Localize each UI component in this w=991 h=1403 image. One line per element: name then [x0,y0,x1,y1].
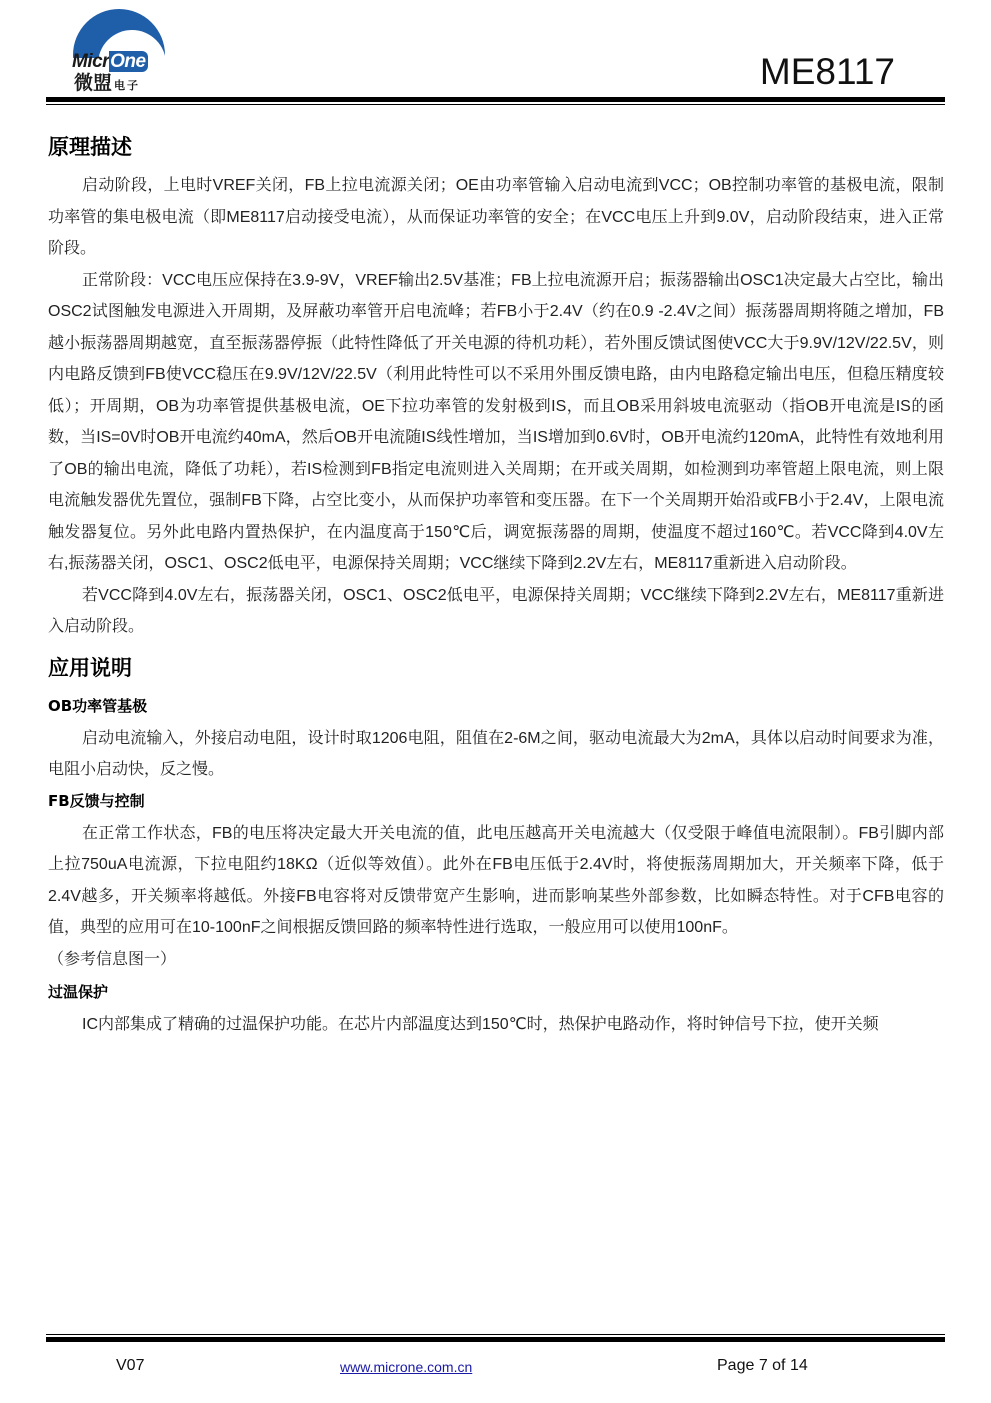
footer-rule-thick [46,1337,945,1342]
footer-page-number: Page 7 of 14 [717,1357,808,1375]
logo-brand-cn-sub: 电子 [114,79,140,92]
microne-logo: MicrOne 微盟电子 [68,8,168,94]
paragraph-fb-reference: （参考信息图一） [48,944,944,976]
subsection-title-ob: OB功率管基极 [48,691,944,721]
page-header: MicrOne 微盟电子 ME8117 [0,0,991,112]
paragraph-normal-phase: 正常阶段：VCC电压应保持在3.9-9V，VREF输出2.5V基准；FB上拉电流… [48,265,944,580]
header-rule-thick [46,97,945,102]
page-footer: V07 www.microne.com.cn Page 7 of 14 [0,1330,991,1403]
paragraph-startup-phase: 启动阶段，上电时VREF关闭，FB上拉电流源关闭；OE由功率管输入启动电流到VC… [48,170,944,265]
logo-brand-en-part2: One [109,51,147,72]
footer-website-link[interactable]: www.microne.com.cn [340,1359,472,1375]
document-body: 原理描述 启动阶段，上电时VREF关闭，FB上拉电流源关闭；OE由功率管输入启动… [48,128,944,1041]
subsection-title-thermal: 过温保护 [48,977,944,1007]
footer-version: V07 [116,1357,144,1375]
paragraph-fb: 在正常工作状态，FB的电压将决定最大开关电流的值，此电压越高开关电流越大（仅受限… [48,818,944,944]
document-code: ME8117 [760,52,895,92]
paragraph-ob: 启动电流输入，外接启动电阻，设计时取1206电阻，阻值在2-6M之间，驱动电流最… [48,723,944,786]
header-rule-thin [46,104,945,105]
paragraph-thermal: IC内部集成了精确的过温保护功能。在芯片内部温度达到150℃时，热保护电路动作，… [48,1009,944,1041]
section-title-principle: 原理描述 [48,128,944,166]
logo-brand-en-part1: Micr [72,51,109,72]
subsection-title-fb: FB反馈与控制 [48,786,944,816]
logo-brand-en: MicrOne [72,52,148,72]
logo-brand-cn: 微盟电子 [74,72,140,97]
section-title-application: 应用说明 [48,649,944,687]
footer-rule-thin [46,1334,945,1335]
paragraph-vcc-drop: 若VCC降到4.0V左右，振荡器关闭，OSC1、OSC2低电平，电源保持关周期；… [48,580,944,643]
logo-brand-cn-main: 微盟 [74,72,112,94]
